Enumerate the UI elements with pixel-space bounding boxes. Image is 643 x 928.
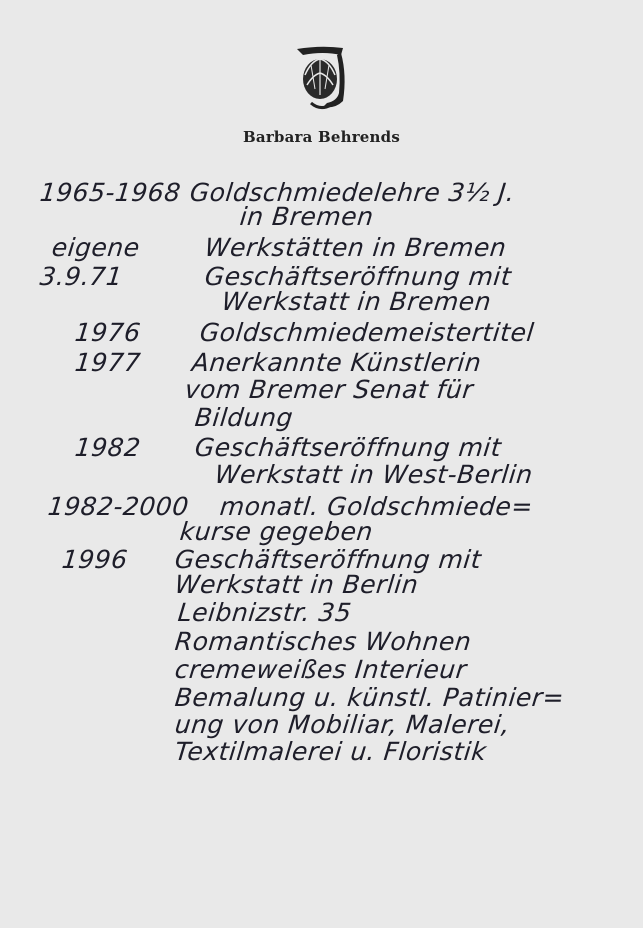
artichoke-emblem-icon: [293, 45, 349, 113]
entry-text: Bildung: [193, 403, 294, 432]
entry-text: Leibnizstr. 35: [176, 598, 353, 627]
entry-text: Bemalung u. künstl. Patinier=: [173, 683, 565, 712]
entry-text: vom Bremer Senat für: [183, 375, 474, 404]
entry-text: Geschäftseröffnung mit: [193, 433, 502, 462]
entry-text: Werkstatt in Bremen: [220, 287, 492, 316]
entry-text: cremeweißes Interieur: [173, 655, 468, 684]
entry-date: 1977: [73, 348, 142, 377]
entry-date: 1982: [73, 433, 142, 462]
entry-date: 1996: [60, 545, 129, 574]
entry-text: kurse gegeben: [178, 517, 374, 546]
entry-text: Textilmalerei u. Floristik: [173, 737, 487, 766]
entry-text: Romantisches Wohnen: [173, 627, 472, 656]
entry-text: Werkstätten in Bremen: [203, 233, 507, 262]
entry-text: Werkstatt in Berlin: [173, 570, 419, 599]
handwritten-cv-page: Barbara Behrends 1965-1968Goldschmiedele…: [0, 0, 643, 928]
entry-text: Goldschmiedemeistertitel: [198, 318, 535, 347]
entry-text: Werkstatt in West-Berlin: [213, 460, 534, 489]
author-name: Barbara Behrends: [0, 128, 643, 146]
entry-date: 1976: [73, 318, 142, 347]
entry-date: 1965-1968: [38, 178, 182, 207]
entry-text: ung von Mobiliar, Malerei,: [173, 710, 511, 739]
entry-date: 1982-2000: [46, 492, 190, 521]
entry-text: Anerkannte Künstlerin: [190, 348, 482, 377]
entry-text: in Bremen: [238, 202, 375, 231]
entry-date: eigene: [50, 233, 141, 262]
entry-date: 3.9.71: [38, 262, 124, 291]
